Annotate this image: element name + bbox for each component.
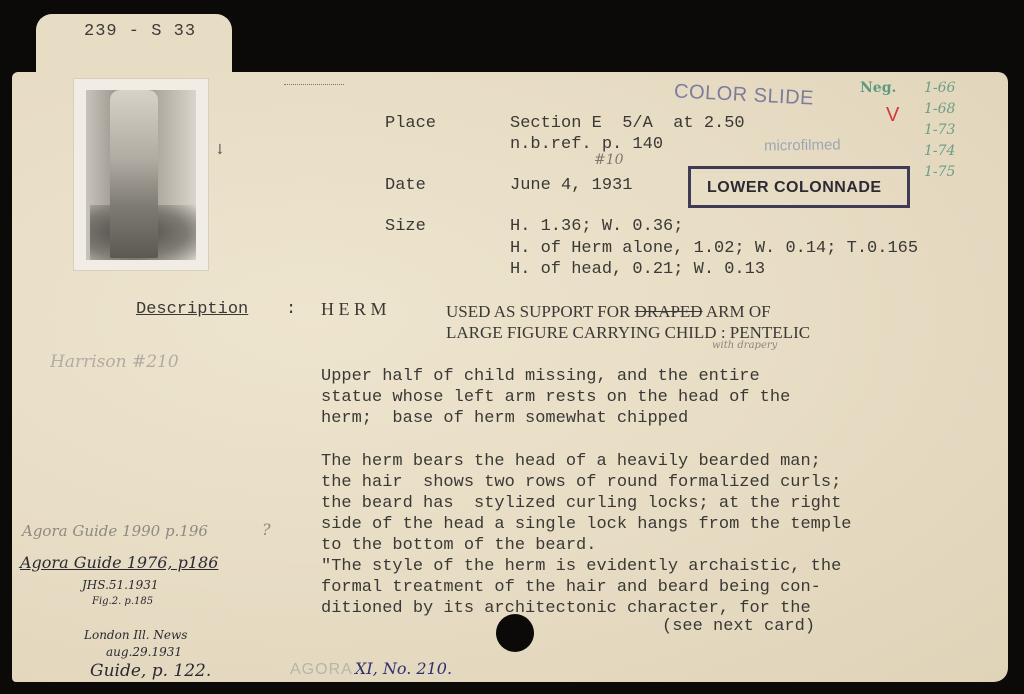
statue-figure xyxy=(110,90,158,258)
description-para2-line: to the bottom of the beard. xyxy=(321,535,596,556)
title-text: ARM OF xyxy=(703,302,771,321)
date-value: June 4, 1931 xyxy=(510,175,632,196)
struck-word: DRAPED xyxy=(635,302,703,321)
size-label: Size xyxy=(385,216,426,237)
place-value-line2: n.b.ref. p. 140 xyxy=(510,134,663,155)
description-para2-line: The herm bears the head of a heavily bea… xyxy=(321,451,821,472)
check-mark: V xyxy=(886,104,899,127)
size-line2: H. of Herm alone, 1.02; W. 0.14; T.0.165 xyxy=(510,238,918,259)
size-line3: H. of head, 0.21; W. 0.13 xyxy=(510,259,765,280)
description-para2-line: the beard has stylized curling locks; at… xyxy=(321,493,841,514)
punch-hole xyxy=(496,614,534,652)
description-colon: : xyxy=(286,299,296,320)
neg-stamp: Neg. xyxy=(860,80,896,96)
description-title-word: H E R M xyxy=(321,299,387,320)
description-para2-line: formal treatment of the hair and beard b… xyxy=(321,577,821,598)
see-next-card: (see next card) xyxy=(662,616,815,637)
description-para1-line: statue whose left arm rests on the head … xyxy=(321,387,790,408)
neg-number: 1-73 xyxy=(924,120,955,141)
description-para2-line: the hair shows two rows of round formali… xyxy=(321,472,841,493)
jhs-note: JHS.51.1931 xyxy=(82,578,159,592)
neg-number: 1-74 xyxy=(924,141,955,162)
description-para1-line: herm; base of herm somewhat chipped xyxy=(321,408,688,429)
size-line1: H. 1.36; W. 0.36; xyxy=(510,216,683,237)
pencil-insert: with drapery xyxy=(712,340,777,351)
place-label: Place xyxy=(385,113,436,134)
london-date-note: aug.29.1931 xyxy=(106,645,182,659)
london-news-note: London Ill. News xyxy=(84,628,187,642)
catalog-number: 239 - S 33 xyxy=(84,22,196,41)
question-note: ? xyxy=(262,520,271,539)
description-para1-line: Upper half of child missing, and the ent… xyxy=(321,366,760,387)
place-annotation: #10 xyxy=(594,152,624,168)
microfilmed-stamp: microfilmed xyxy=(764,136,841,154)
neg-number: 1-75 xyxy=(924,162,955,183)
location-stamp-box: LOWER COLONNADE xyxy=(688,166,910,208)
guide-note: Guide, p. 122. xyxy=(90,661,211,681)
neg-number: 1-66 xyxy=(924,78,955,99)
title-text: USED AS SUPPORT FOR xyxy=(446,302,635,321)
description-para2-line: "The style of the herm is evidently arch… xyxy=(321,556,841,577)
agora-xi-note: XI, No. 210. xyxy=(355,659,452,678)
neg-number: 1-68 xyxy=(924,99,955,120)
location-stamp-text: LOWER COLONNADE xyxy=(707,179,882,197)
place-value-line1: Section E 5/A at 2.50 xyxy=(510,113,745,134)
description-label: Description xyxy=(136,299,248,320)
negative-numbers: 1-66 1-68 1-73 1-74 1-75 xyxy=(924,78,955,183)
agora-guide-1990-note: Agora Guide 1990 p.196 xyxy=(22,522,208,540)
pin-mark xyxy=(284,78,344,85)
harrison-note: Harrison #210 xyxy=(50,352,179,372)
agora-guide-1976-note: Agora Guide 1976, p186 xyxy=(20,553,218,572)
description-para2-line: side of the head a single lock hangs fro… xyxy=(321,514,852,535)
photo-tick-mark: ↓ xyxy=(214,142,226,158)
date-label: Date xyxy=(385,175,426,196)
agora-stamp: AGORA xyxy=(290,661,353,679)
jhs-fig-note: Fig.2. p.185 xyxy=(92,596,153,607)
description-title-line1: USED AS SUPPORT FOR DRAPED ARM OF xyxy=(446,301,771,322)
